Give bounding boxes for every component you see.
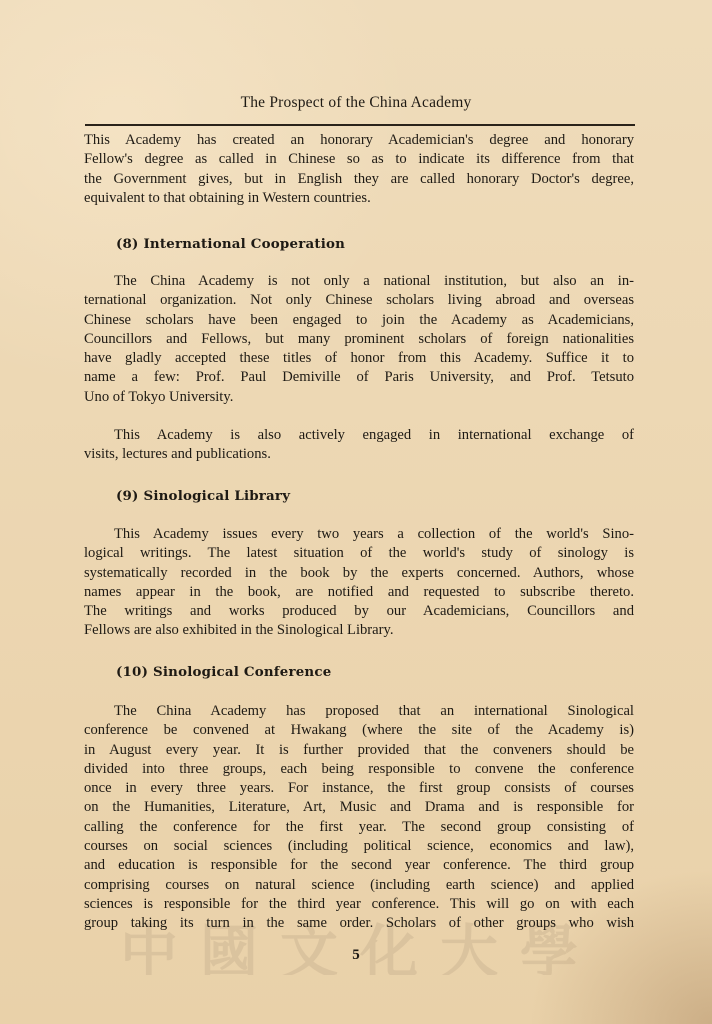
text-line: This Academy is also actively engaged in… <box>84 426 634 445</box>
text-line: The writings and works produced by our A… <box>84 602 634 621</box>
text-line: courses on social sciences (including po… <box>84 837 634 856</box>
section-9-paragraph-1: This Academy issues every two years a co… <box>84 525 634 641</box>
section-8-paragraph-2: This Academy is also actively engaged in… <box>84 426 634 465</box>
text-line: calling the conference for the first yea… <box>84 818 634 837</box>
text-line: Councillors and Fellows, but many promin… <box>84 330 634 349</box>
section-heading-9: (9) Sinological Library <box>116 488 290 504</box>
text-line: in August every year. It is further prov… <box>84 741 634 760</box>
text-line: have gladly accepted these titles of hon… <box>84 349 634 368</box>
text-line: on the Humanities, Literature, Art, Musi… <box>84 798 634 817</box>
section-title: Sinological Library <box>143 488 290 504</box>
header-rule <box>85 124 635 126</box>
text-line: names appear in the book, are notified a… <box>84 583 634 602</box>
text-line: equivalent to that obtaining in Western … <box>84 189 634 208</box>
text-line: logical writings. The latest situation o… <box>84 544 634 563</box>
page-number: 5 <box>0 947 712 964</box>
text-line: once in every three years. For instance,… <box>84 779 634 798</box>
section-heading-8: (8) International Cooperation <box>116 236 345 252</box>
running-head: The Prospect of the China Academy <box>0 94 712 112</box>
section-title: International Cooperation <box>143 236 345 252</box>
text-line: comprising courses on natural science (i… <box>84 876 634 895</box>
intro-paragraph: This Academy has created an honorary Aca… <box>84 131 634 208</box>
text-line: Chinese scholars have been engaged to jo… <box>84 311 634 330</box>
text-line: name a few: Prof. Paul Demiville of Pari… <box>84 368 634 387</box>
section-number: (9) <box>116 488 139 504</box>
section-number: (8) <box>116 236 139 252</box>
text-line: group taking its turn in the same order.… <box>84 914 634 933</box>
text-line: sciences is responsible for the third ye… <box>84 895 634 914</box>
text-line: Fellow's degree as called in Chinese so … <box>84 150 634 169</box>
section-title: Sinological Conference <box>153 664 331 680</box>
text-line: ternational organization. Not only Chine… <box>84 291 634 310</box>
text-line: This Academy has created an honorary Aca… <box>84 131 634 150</box>
text-line: and education is responsible for the sec… <box>84 856 634 875</box>
section-number: (10) <box>116 664 148 680</box>
text-line: systematically recorded in the book by t… <box>84 564 634 583</box>
text-line: Uno of Tokyo University. <box>84 388 634 407</box>
section-8-paragraph-1: The China Academy is not only a national… <box>84 272 634 407</box>
section-heading-10: (10) Sinological Conference <box>116 664 331 680</box>
text-line: the Government gives, but in English the… <box>84 170 634 189</box>
text-line: conference be convened at Hwakang (where… <box>84 721 634 740</box>
text-line: Fellows are also exhibited in the Sinolo… <box>84 621 634 640</box>
text-line: The China Academy is not only a national… <box>84 272 634 291</box>
text-line: visits, lectures and publications. <box>84 445 634 464</box>
text-line: The China Academy has proposed that an i… <box>84 702 634 721</box>
text-line: divided into three groups, each being re… <box>84 760 634 779</box>
section-10-paragraph-1: The China Academy has proposed that an i… <box>84 702 634 934</box>
text-line: This Academy issues every two years a co… <box>84 525 634 544</box>
scanned-page: 中國文化大學 The Prospect of the China Academy… <box>0 0 712 1024</box>
